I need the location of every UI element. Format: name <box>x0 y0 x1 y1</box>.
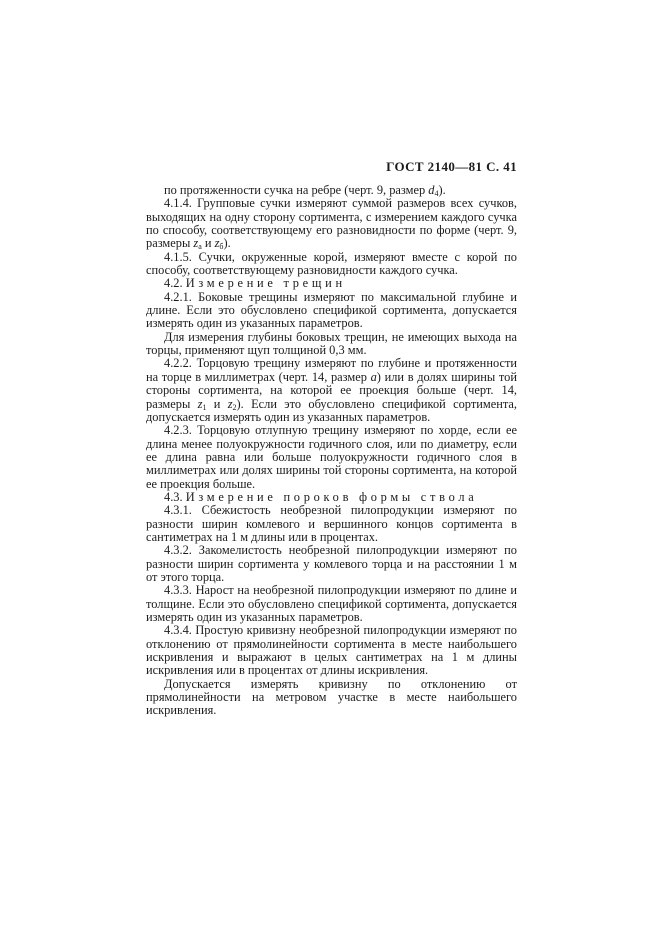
paragraph-4-2-2: 4.2.2. Торцовую трещину измеряют по глуб… <box>146 357 517 424</box>
paragraph-4-1-5: 4.1.5. Сучки, окруженные корой, измеряют… <box>146 251 517 278</box>
document-page: ГОСТ 2140—81 С. 41 по протяженности сучк… <box>0 0 661 936</box>
paragraph-4-1-4: 4.1.4. Групповые сучки измеряют суммой р… <box>146 197 517 250</box>
paragraph-4-3-2: 4.3.2. Закомелистость необрезной пилопро… <box>146 544 517 584</box>
section-heading-4-2: 4.2. Измерение трещин <box>146 277 517 290</box>
paragraph-4-3-3: 4.3.3. Нарост на необрезной пилопродукци… <box>146 584 517 624</box>
section-heading-4-3: 4.3. Измерение пороков формы ствола <box>146 491 517 504</box>
paragraph-4-2-1-note: Для измерения глубины боковых трещин, не… <box>146 331 517 358</box>
paragraph-4-3-4: 4.3.4. Простую кривизну необрезной пилоп… <box>146 624 517 677</box>
paragraph-4-2-1: 4.2.1. Боковые трещины измеряют по макси… <box>146 291 517 331</box>
paragraph-4-3-1: 4.3.1. Сбежистость необрезной пилопродук… <box>146 504 517 544</box>
paragraph-4-3-4-note: Допускается измерять кривизну по отклоне… <box>146 678 517 718</box>
paragraph-4-2-3: 4.2.3. Торцовую отлупную трещину измеряю… <box>146 424 517 491</box>
paragraph-continuation: по протяженности сучка на ребре (черт. 9… <box>146 184 517 197</box>
document-body: по протяженности сучка на ребре (черт. 9… <box>146 184 517 718</box>
running-header: ГОСТ 2140—81 С. 41 <box>146 160 517 174</box>
